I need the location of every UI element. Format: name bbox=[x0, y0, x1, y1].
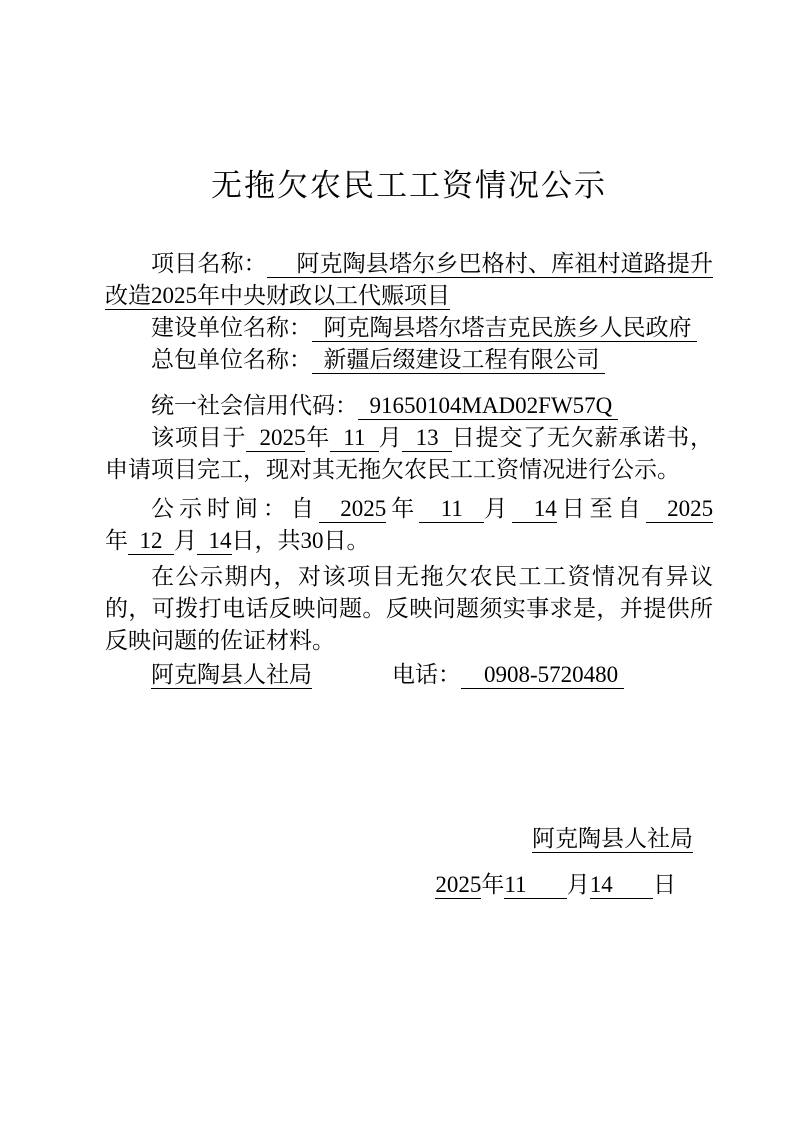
submission-month-unit: 月 bbox=[379, 425, 403, 450]
paragraph-submission: 该项目于 2025年 11 月 13 日提交了无欠薪承诺书，申请项目完工，现对其… bbox=[105, 422, 713, 486]
signature-org-line: 阿克陶县人社局 bbox=[105, 823, 713, 855]
field-contractor-label: 总包单位名称： bbox=[151, 347, 312, 372]
field-builder-name: 建设单位名称： 阿克陶县塔尔塔吉克民族乡人民政府 bbox=[105, 312, 713, 344]
document-page: 无拖欠农民工工资情况公示 项目名称： 阿克陶县塔尔乡巴格村、库祖村道路提升改造2… bbox=[0, 0, 793, 1122]
period-start-month: 11 bbox=[419, 496, 484, 523]
submission-month: 11 bbox=[330, 425, 378, 452]
period-label: 公示时间：自 bbox=[151, 496, 319, 521]
period-start-day: 14 bbox=[512, 496, 556, 523]
period-start-month-unit: 月 bbox=[484, 496, 512, 521]
signature-year-unit: 年 bbox=[481, 872, 504, 897]
period-tail: 日，共30日。 bbox=[232, 528, 370, 553]
contact-org: 阿克陶县人社局 bbox=[151, 662, 312, 689]
signature-day: 14 bbox=[590, 872, 653, 899]
field-project-label: 项目名称： bbox=[151, 251, 267, 276]
document-title: 无拖欠农民工工资情况公示 bbox=[105, 166, 713, 206]
period-end-day: 14 bbox=[197, 528, 232, 555]
period-mid: 日至自 bbox=[557, 496, 646, 521]
submission-text: 该项目于 bbox=[151, 425, 246, 450]
submission-year: 2025 bbox=[246, 425, 305, 452]
contact-phone-label: 电话： bbox=[392, 662, 461, 687]
paragraph-objection: 在公示期内，对该项目无拖欠农民工工资情况有异议的，可拨打电话反映问题。反映问题须… bbox=[105, 561, 713, 657]
period-start-year: 2025 bbox=[319, 496, 386, 523]
field-builder-value: 阿克陶县塔尔塔吉克民族乡人民政府 bbox=[312, 315, 697, 342]
field-builder-label: 建设单位名称： bbox=[151, 315, 312, 340]
period-end-year-unit: 年 bbox=[105, 528, 128, 553]
signature-month: 11 bbox=[504, 872, 566, 899]
submission-year-unit: 年 bbox=[305, 425, 330, 450]
period-end-month: 12 bbox=[128, 528, 174, 555]
signature-month-unit: 月 bbox=[567, 872, 590, 897]
signature-date-line: 2025年11 月14 日 bbox=[105, 869, 713, 901]
signature-year: 2025 bbox=[435, 872, 481, 899]
field-contractor-value: 新疆后缀建设工程有限公司 bbox=[312, 347, 605, 374]
field-contractor-name: 总包单位名称： 新疆后缀建设工程有限公司 bbox=[105, 344, 713, 376]
period-end-year: 2025 bbox=[646, 496, 713, 523]
signature-block: 阿克陶县人社局 2025年11 月14 日 bbox=[105, 823, 713, 901]
submission-day: 13 bbox=[402, 425, 451, 452]
field-project-name: 项目名称： 阿克陶县塔尔乡巴格村、库祖村道路提升改造2025年中央财政以工代赈项… bbox=[105, 248, 713, 312]
field-credit-value: 91650104MAD02FW57Q bbox=[358, 393, 618, 420]
period-end-month-unit: 月 bbox=[174, 528, 197, 553]
period-start-year-unit: 年 bbox=[386, 496, 419, 521]
field-credit-code: 统一社会信用代码： 91650104MAD02FW57Q bbox=[105, 390, 713, 422]
contact-phone-value: 0908-5720480 bbox=[461, 662, 624, 689]
field-credit-label: 统一社会信用代码： bbox=[151, 393, 358, 418]
signature-org: 阿克陶县人社局 bbox=[532, 826, 693, 853]
paragraph-period: 公示时间：自 2025年 11 月 14日至自 2025年 12 月 14日，共… bbox=[105, 493, 713, 557]
signature-day-unit: 日 bbox=[653, 872, 676, 897]
contact-line: 阿克陶县人社局电话： 0908-5720480 bbox=[105, 659, 713, 691]
